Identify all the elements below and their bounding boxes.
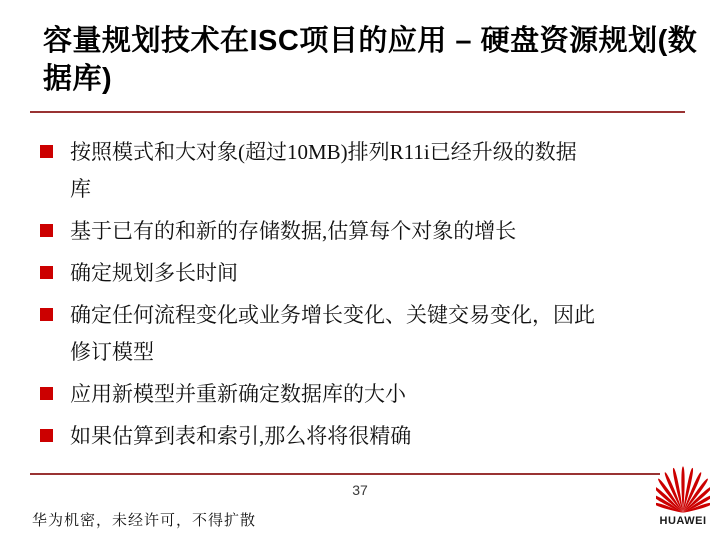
bullet-text-line: 应用新模型并重新确定数据库的大小 [70, 376, 688, 413]
bullet-text-line: 修订模型 [70, 334, 688, 371]
bullet-text-line: 确定规划多长时间 [70, 255, 688, 292]
page-title: 容量规划技术在ISC项目的应用 – 硬盘资源规划(数 据库) [43, 22, 697, 98]
confidentiality-note: 华为机密，未经许可，不得扩散 [32, 509, 256, 530]
huawei-logo: HUAWEI [652, 464, 714, 532]
bullet-text-line: 基于已有的和新的存储数据,估算每个对象的增长 [70, 213, 688, 250]
slide-canvas: 容量规划技术在ISC项目的应用 – 硬盘资源规划(数 据库) 按照模式和大对象(… [0, 0, 720, 540]
list-item: 如果估算到表和索引,那么将将很精确 [40, 418, 688, 455]
bullet-square-icon [40, 308, 53, 321]
list-item: 按照模式和大对象(超过10MB)排列R11i已经升级的数据 库 [40, 134, 688, 208]
list-item: 确定规划多长时间 [40, 255, 688, 292]
list-item: 基于已有的和新的存储数据,估算每个对象的增长 [40, 213, 688, 250]
bullet-square-icon [40, 387, 53, 400]
list-item: 确定任何流程变化或业务增长变化、关键交易变化，因此 修订模型 [40, 297, 688, 371]
footer-divider [30, 473, 660, 475]
bullet-text-line: 确定任何流程变化或业务增长变化、关键交易变化，因此 [70, 297, 688, 334]
bullet-square-icon [40, 224, 53, 237]
title-line-1: 容量规划技术在ISC项目的应用 – 硬盘资源规划(数 [43, 22, 697, 60]
bullet-square-icon [40, 266, 53, 279]
huawei-flower-icon [656, 464, 710, 514]
slide-number: 37 [0, 482, 720, 498]
bullet-text-line: 如果估算到表和索引,那么将将很精确 [70, 418, 688, 455]
list-item: 应用新模型并重新确定数据库的大小 [40, 376, 688, 413]
bullet-text-line: 库 [70, 171, 688, 208]
bullet-list: 按照模式和大对象(超过10MB)排列R11i已经升级的数据 库 基于已有的和新的… [40, 134, 688, 460]
title-divider [30, 111, 685, 113]
bullet-text-line: 按照模式和大对象(超过10MB)排列R11i已经升级的数据 [70, 134, 688, 171]
title-line-2: 据库) [43, 60, 697, 98]
bullet-square-icon [40, 145, 53, 158]
huawei-wordmark: HUAWEI [652, 515, 714, 527]
bullet-square-icon [40, 429, 53, 442]
